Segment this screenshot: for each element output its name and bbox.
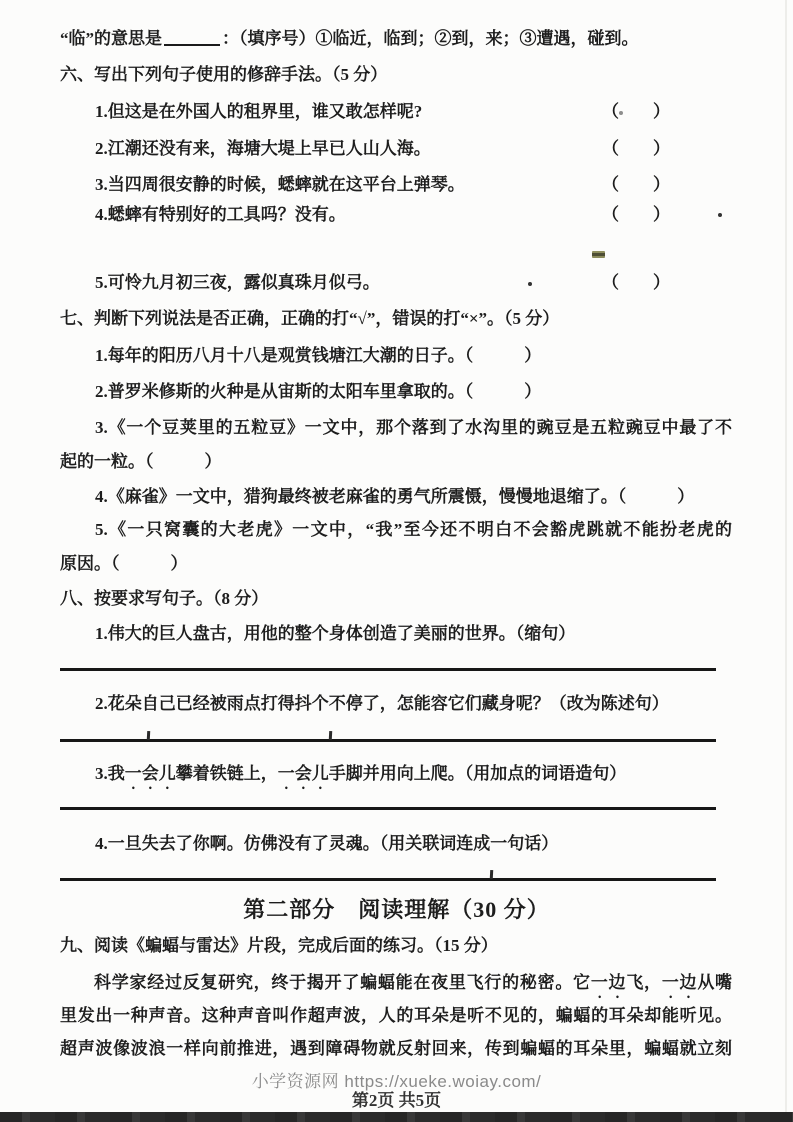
section6-item-4: 4.蟋蟀有特别好的工具吗？没有。 （ ） [60,202,732,228]
paragraph-text: 飞， [626,973,662,992]
scan-edge-line [785,0,787,1122]
reading-paragraph-line1: 科学家经过反复研究，终于揭开了蝙蝠能在夜里飞行的秘密。它一边飞，一边从嘴 [60,970,732,1002]
answer-line [60,668,716,671]
stray-tick-mark [490,870,493,879]
reading-paragraph-line3: 超声波像波浪一样向前推进，遇到障碍物就反射回来，传到蝙蝠的耳朵里，蝙蝠就立刻 [60,1036,732,1062]
paragraph-text: 科学家经过反复研究，终于揭开了蝙蝠能在夜里飞行的秘密。它 [94,973,591,992]
section7-item-4: 4.《麻雀》一文中，猎狗最终被老麻雀的勇气所震慑，慢慢地退缩了。（ ） [60,484,732,510]
answer-bracket: （ ） [602,202,670,228]
page-number: 第2页 共5页 [0,1088,793,1114]
intro-suffix: ：（填序号）①临近，临到；②到，来；③遭遇，碰到。 [222,29,639,48]
section6-header: 六、写出下列句子使用的修辞手法。（5 分） [60,62,732,88]
answer-line [60,878,716,881]
stray-pencil-dot [528,282,532,286]
stray-pencil-dot [619,111,623,115]
question-text: 手脚并用向上爬。（用加点的词语造句） [329,764,627,783]
section8-item-1: 1.伟大的巨人盘古，用他的整个身体创造了美丽的世界。（缩句） [60,621,732,647]
section6-item-3: 3.当四周很安静的时候，蟋蟀就在这平台上弹琴。 （ ） [60,172,732,198]
answer-bracket: （ ） [602,172,670,198]
section8-item-2: 2.花朵自己已经被雨点打得抖个不停了，怎能容它们藏身呢？（改为陈述句） [60,691,732,717]
paragraph-text: 从嘴 [697,973,732,992]
scan-bottom-strip [0,1112,793,1122]
section8-item-3: 3.我一会儿攀着铁链上，一会儿手脚并用向上爬。（用加点的词语造句） [60,761,732,793]
test-paper-page-2: “临”的意思是：（填序号）①临近，临到；②到，来；③遭遇，碰到。 六、写出下列句… [0,0,793,1122]
stray-olive-smudge [592,251,605,258]
section7-header: 七、判断下列说法是否正确，正确的打“√”，错误的打“×”。（5 分） [60,306,732,332]
section7-item-5-line2: 原因。（ ） [60,551,732,577]
intro-prefix: “临”的意思是 [60,29,162,48]
section7-item-3-line2: 起的一粒。（ ） [60,449,732,475]
question-text: 3.我 [95,764,125,783]
intro-question-row: “临”的意思是：（填序号）①临近，临到；②到，来；③遭遇，碰到。 [60,26,732,52]
section7-item-1: 1.每年的阳历八月十八是观赏钱塘江大潮的日子。（ ） [60,343,732,369]
emphasized-word: 一边 [662,973,698,992]
emphasized-word: 一会儿 [125,764,176,783]
emphasized-word: 一会儿 [278,764,329,783]
section7-item-2: 2.普罗米修斯的火种是从宙斯的太阳车里拿取的。（ ） [60,379,732,405]
section8-header: 八、按要求写句子。（8 分） [60,586,732,612]
answer-line [60,807,716,810]
section9-header: 九、阅读《蝙蝠与雷达》片段，完成后面的练习。（15 分） [60,933,732,959]
answer-line [60,739,716,742]
answer-blank [164,30,220,46]
stray-pencil-dot [718,213,722,217]
emphasized-word: 一边 [591,973,627,992]
part2-heading: 第二部分 阅读理解（30 分） [0,895,793,925]
section8-item-4: 4.一旦失去了你啊。仿佛没有了灵魂。（用关联词连成一句话） [60,831,732,857]
answer-bracket: （ ） [602,270,670,296]
question-text: 攀着铁链上， [176,764,278,783]
section6-item-1: 1.但这是在外国人的租界里，谁又敢怎样呢? （ ） [60,99,732,125]
section7-item-3-line1: 3.《一个豆荚里的五粒豆》一文中，那个落到了水沟里的豌豆是五粒豌豆中最了不 [60,415,732,441]
stray-tick-mark [147,731,150,740]
answer-bracket: （ ） [602,99,670,125]
section7-item-5-line1: 5.《一只窝囊的大老虎》一文中，“我”至今还不明白不会豁虎跳就不能扮老虎的 [60,517,732,543]
stray-tick-mark [329,731,332,740]
section6-item-5: 5.可怜九月初三夜，露似真珠月似弓。 （ ） [60,270,732,296]
answer-bracket: （ ） [602,136,670,162]
section6-item-2: 2.江潮还没有来，海塘大堤上早已人山人海。 （ ） [60,136,732,162]
reading-paragraph-line2: 里发出一种声音。这种声音叫作超声波，人的耳朵是听不见的，蝙蝠的耳朵却能听见。 [60,1003,732,1029]
